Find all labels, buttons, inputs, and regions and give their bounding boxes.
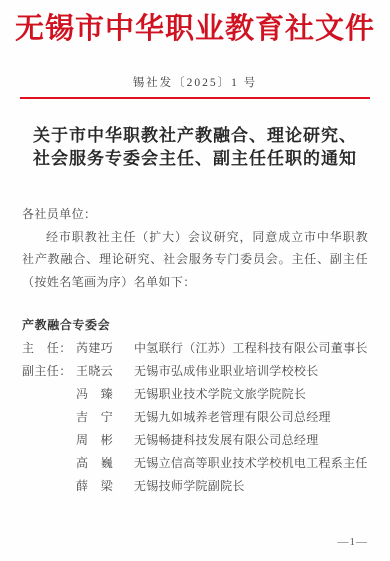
document-header-title: 无锡市中华职业教育社文件 xyxy=(10,12,380,46)
member-role xyxy=(22,452,76,475)
document-number: 锡社发〔2025〕1 号 xyxy=(22,76,368,90)
member-affiliation: 无锡技师学院副院长 xyxy=(134,475,368,498)
notice-title-line1: 关于市中华职教社产教融合、理论研究、 xyxy=(33,126,357,145)
intro-paragraph: 经市职教社主任（扩大）会议研究，同意成立市中华职教社产教融合、理论研究、社会服务… xyxy=(22,226,368,294)
member-role xyxy=(22,475,76,498)
member-affiliation: 无锡九如城养老管理有限公司总经理 xyxy=(134,406,368,429)
member-role xyxy=(22,406,76,429)
member-name: 周 彬 xyxy=(76,429,122,452)
member-row: 周 彬 无锡畅捷科技发展有限公司总经理 xyxy=(22,429,368,452)
member-row: 薛 梁 无锡技师学院副院长 xyxy=(22,475,368,498)
member-role: 副主任： xyxy=(22,360,76,383)
member-affiliation: 无锡市弘成伟业职业培训学校校长 xyxy=(134,360,368,383)
member-role xyxy=(22,429,76,452)
committee-heading: 产教融合专委会 xyxy=(22,314,368,337)
member-row: 副主任： 王晓云 无锡市弘成伟业职业培训学校校长 xyxy=(22,360,368,383)
notice-title-line2: 社会服务专委会主任、副主任任职的通知 xyxy=(33,149,357,168)
member-affiliation: 中氢联行（江苏）工程科技有限公司董事长 xyxy=(134,337,368,360)
member-role xyxy=(22,383,76,406)
document-page: 无锡市中华职业教育社文件 锡社发〔2025〕1 号 关于市中华职教社产教融合、理… xyxy=(0,0,390,561)
member-row: 吉 宁 无锡九如城养老管理有限公司总经理 xyxy=(22,406,368,429)
member-list: 主 任： 芮建巧 中氢联行（江苏）工程科技有限公司董事长 副主任： 王晓云 无锡… xyxy=(22,337,368,498)
member-role: 主 任： xyxy=(22,337,76,360)
salutation: 各社员单位： xyxy=(22,203,368,226)
member-affiliation: 无锡畅捷科技发展有限公司总经理 xyxy=(134,429,368,452)
notice-title: 关于市中华职教社产教融合、理论研究、 社会服务专委会主任、副主任任职的通知 xyxy=(22,124,368,170)
member-name: 吉 宁 xyxy=(76,406,122,429)
member-name: 薛 梁 xyxy=(76,475,122,498)
member-affiliation: 无锡立信高等职业技术学校机电工程系主任 xyxy=(134,452,368,475)
member-name: 高 巍 xyxy=(76,452,122,475)
red-divider-line xyxy=(20,97,370,99)
member-name: 冯 臻 xyxy=(76,383,122,406)
member-row: 冯 臻 无锡职业技术学院文旅学院院长 xyxy=(22,383,368,406)
member-row: 高 巍 无锡立信高等职业技术学校机电工程系主任 xyxy=(22,452,368,475)
page-number: —1— xyxy=(338,536,369,548)
member-name: 芮建巧 xyxy=(76,337,122,360)
member-name: 王晓云 xyxy=(76,360,122,383)
member-affiliation: 无锡职业技术学院文旅学院院长 xyxy=(134,383,368,406)
member-row: 主 任： 芮建巧 中氢联行（江苏）工程科技有限公司董事长 xyxy=(22,337,368,360)
